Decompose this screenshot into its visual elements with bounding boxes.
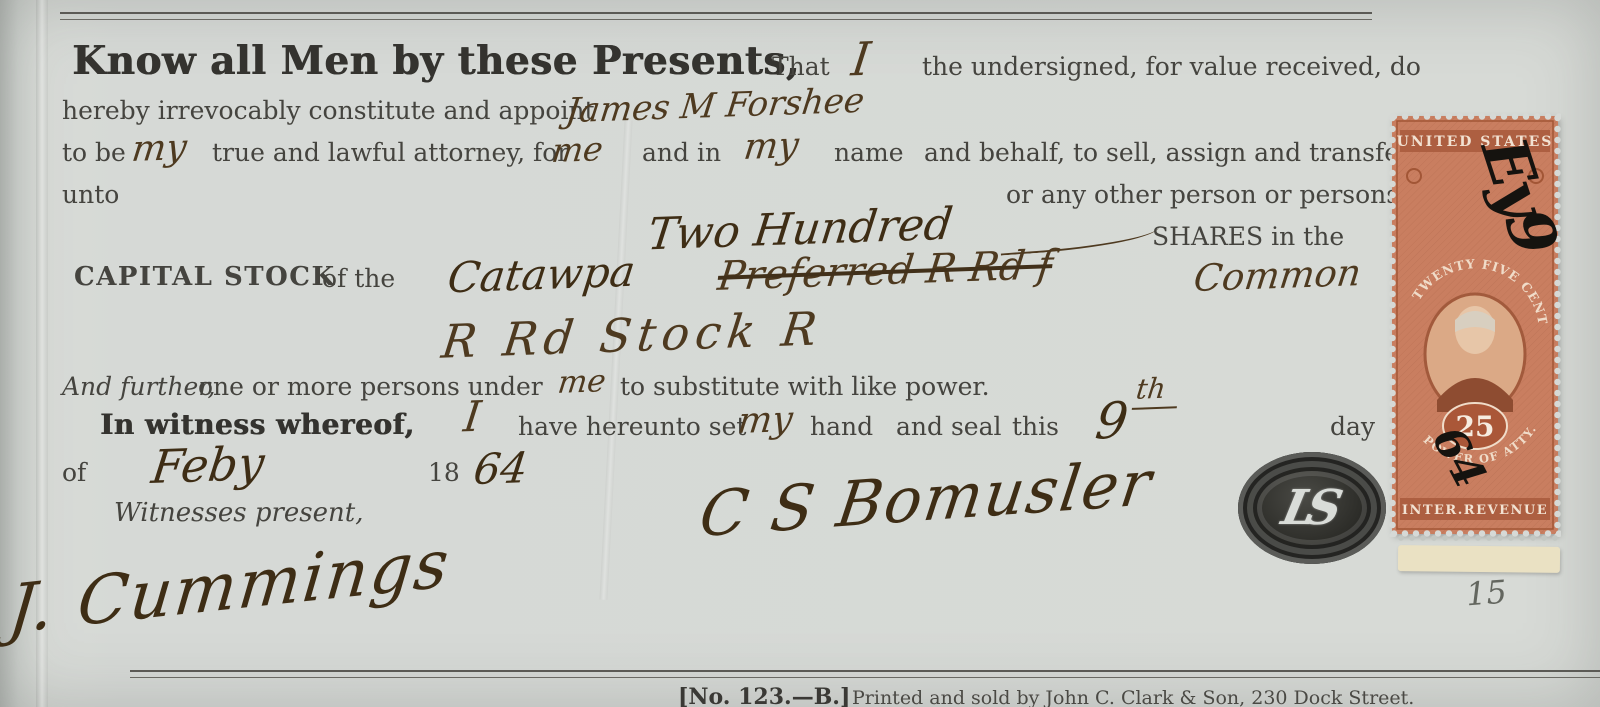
substitute-text: to substitute with like power. — [620, 372, 990, 401]
stamp-perforation-row — [1396, 534, 1560, 542]
witness-signature: J. Cummings — [5, 524, 454, 649]
embossed-seal: LS — [1238, 452, 1386, 564]
to-be-label: to be — [62, 138, 126, 167]
handwritten-appointee-name: James M Forshee — [564, 81, 867, 132]
handwritten-day-number: 9 — [1092, 391, 1131, 450]
hereunto-text: have hereunto set — [518, 412, 746, 441]
top-border-rule — [60, 12, 1372, 20]
stamp-revenue-text: INTER.REVENUE — [1402, 503, 1548, 518]
handwritten-my-3: my — [735, 399, 795, 442]
document-scan: Know all Men by these Presents, That I t… — [0, 0, 1600, 707]
handwritten-year-suffix: 64 — [471, 443, 530, 494]
attorney-text: true and lawful attorney, for — [212, 138, 569, 167]
of-the-label: of the — [322, 264, 395, 293]
undersigned-text: the undersigned, for value received, do — [922, 52, 1421, 81]
seal-monogram: LS — [1277, 480, 1347, 536]
capital-stock-label: CAPITAL STOCK — [74, 262, 336, 292]
behalf-text: and behalf, to sell, assign and transfer — [924, 138, 1411, 167]
witnesses-label: Witnesses present, — [114, 498, 364, 528]
persons-text: or any other person or persons, — [1006, 180, 1407, 209]
handwritten-month: Feby — [149, 436, 268, 494]
and-in-label: and in — [642, 138, 721, 167]
appoint-text: hereby irrevocably constitute and appoin… — [62, 96, 595, 125]
pencil-annotation: 15 — [1465, 573, 1508, 614]
handwritten-company-name: Catawpa — [445, 247, 638, 303]
that-label: That — [772, 52, 830, 81]
and-further-label: And further, — [62, 372, 216, 401]
hand-label: hand — [810, 412, 873, 441]
principal-signature: C S Bomusler — [695, 446, 1157, 551]
bottom-border-rule — [130, 670, 1600, 678]
persons-under-text: one or more persons under — [198, 372, 543, 401]
handwritten-day-ordinal: th — [1132, 371, 1182, 410]
handwritten-me-1: me — [550, 129, 606, 170]
name-label: name — [834, 138, 904, 167]
handwritten-class-word: Common — [1191, 251, 1363, 300]
handwritten-pronoun-i: I — [849, 32, 874, 87]
shares-text: SHARES in the — [1152, 222, 1344, 251]
and-seal-label: and seal — [896, 412, 1001, 441]
printer-imprint: Printed and sold by John C. Clark & Son,… — [852, 687, 1414, 707]
form-heading: Know all Men by these Presents, — [72, 38, 800, 84]
stamp-selvage — [1398, 545, 1560, 573]
handwritten-stock-line: R Rd Stock R — [439, 301, 826, 369]
of-label: of — [62, 458, 86, 487]
handwritten-my-1: my — [129, 127, 189, 170]
day-label: day — [1330, 412, 1375, 441]
this-label: this — [1012, 412, 1059, 441]
handwritten-me-2: me — [556, 363, 608, 401]
unto-label: unto — [62, 180, 119, 209]
year-prefix: 18 — [428, 458, 460, 487]
form-number: [No. 123.—B.] — [678, 684, 850, 707]
handwritten-my-2: my — [741, 125, 801, 168]
